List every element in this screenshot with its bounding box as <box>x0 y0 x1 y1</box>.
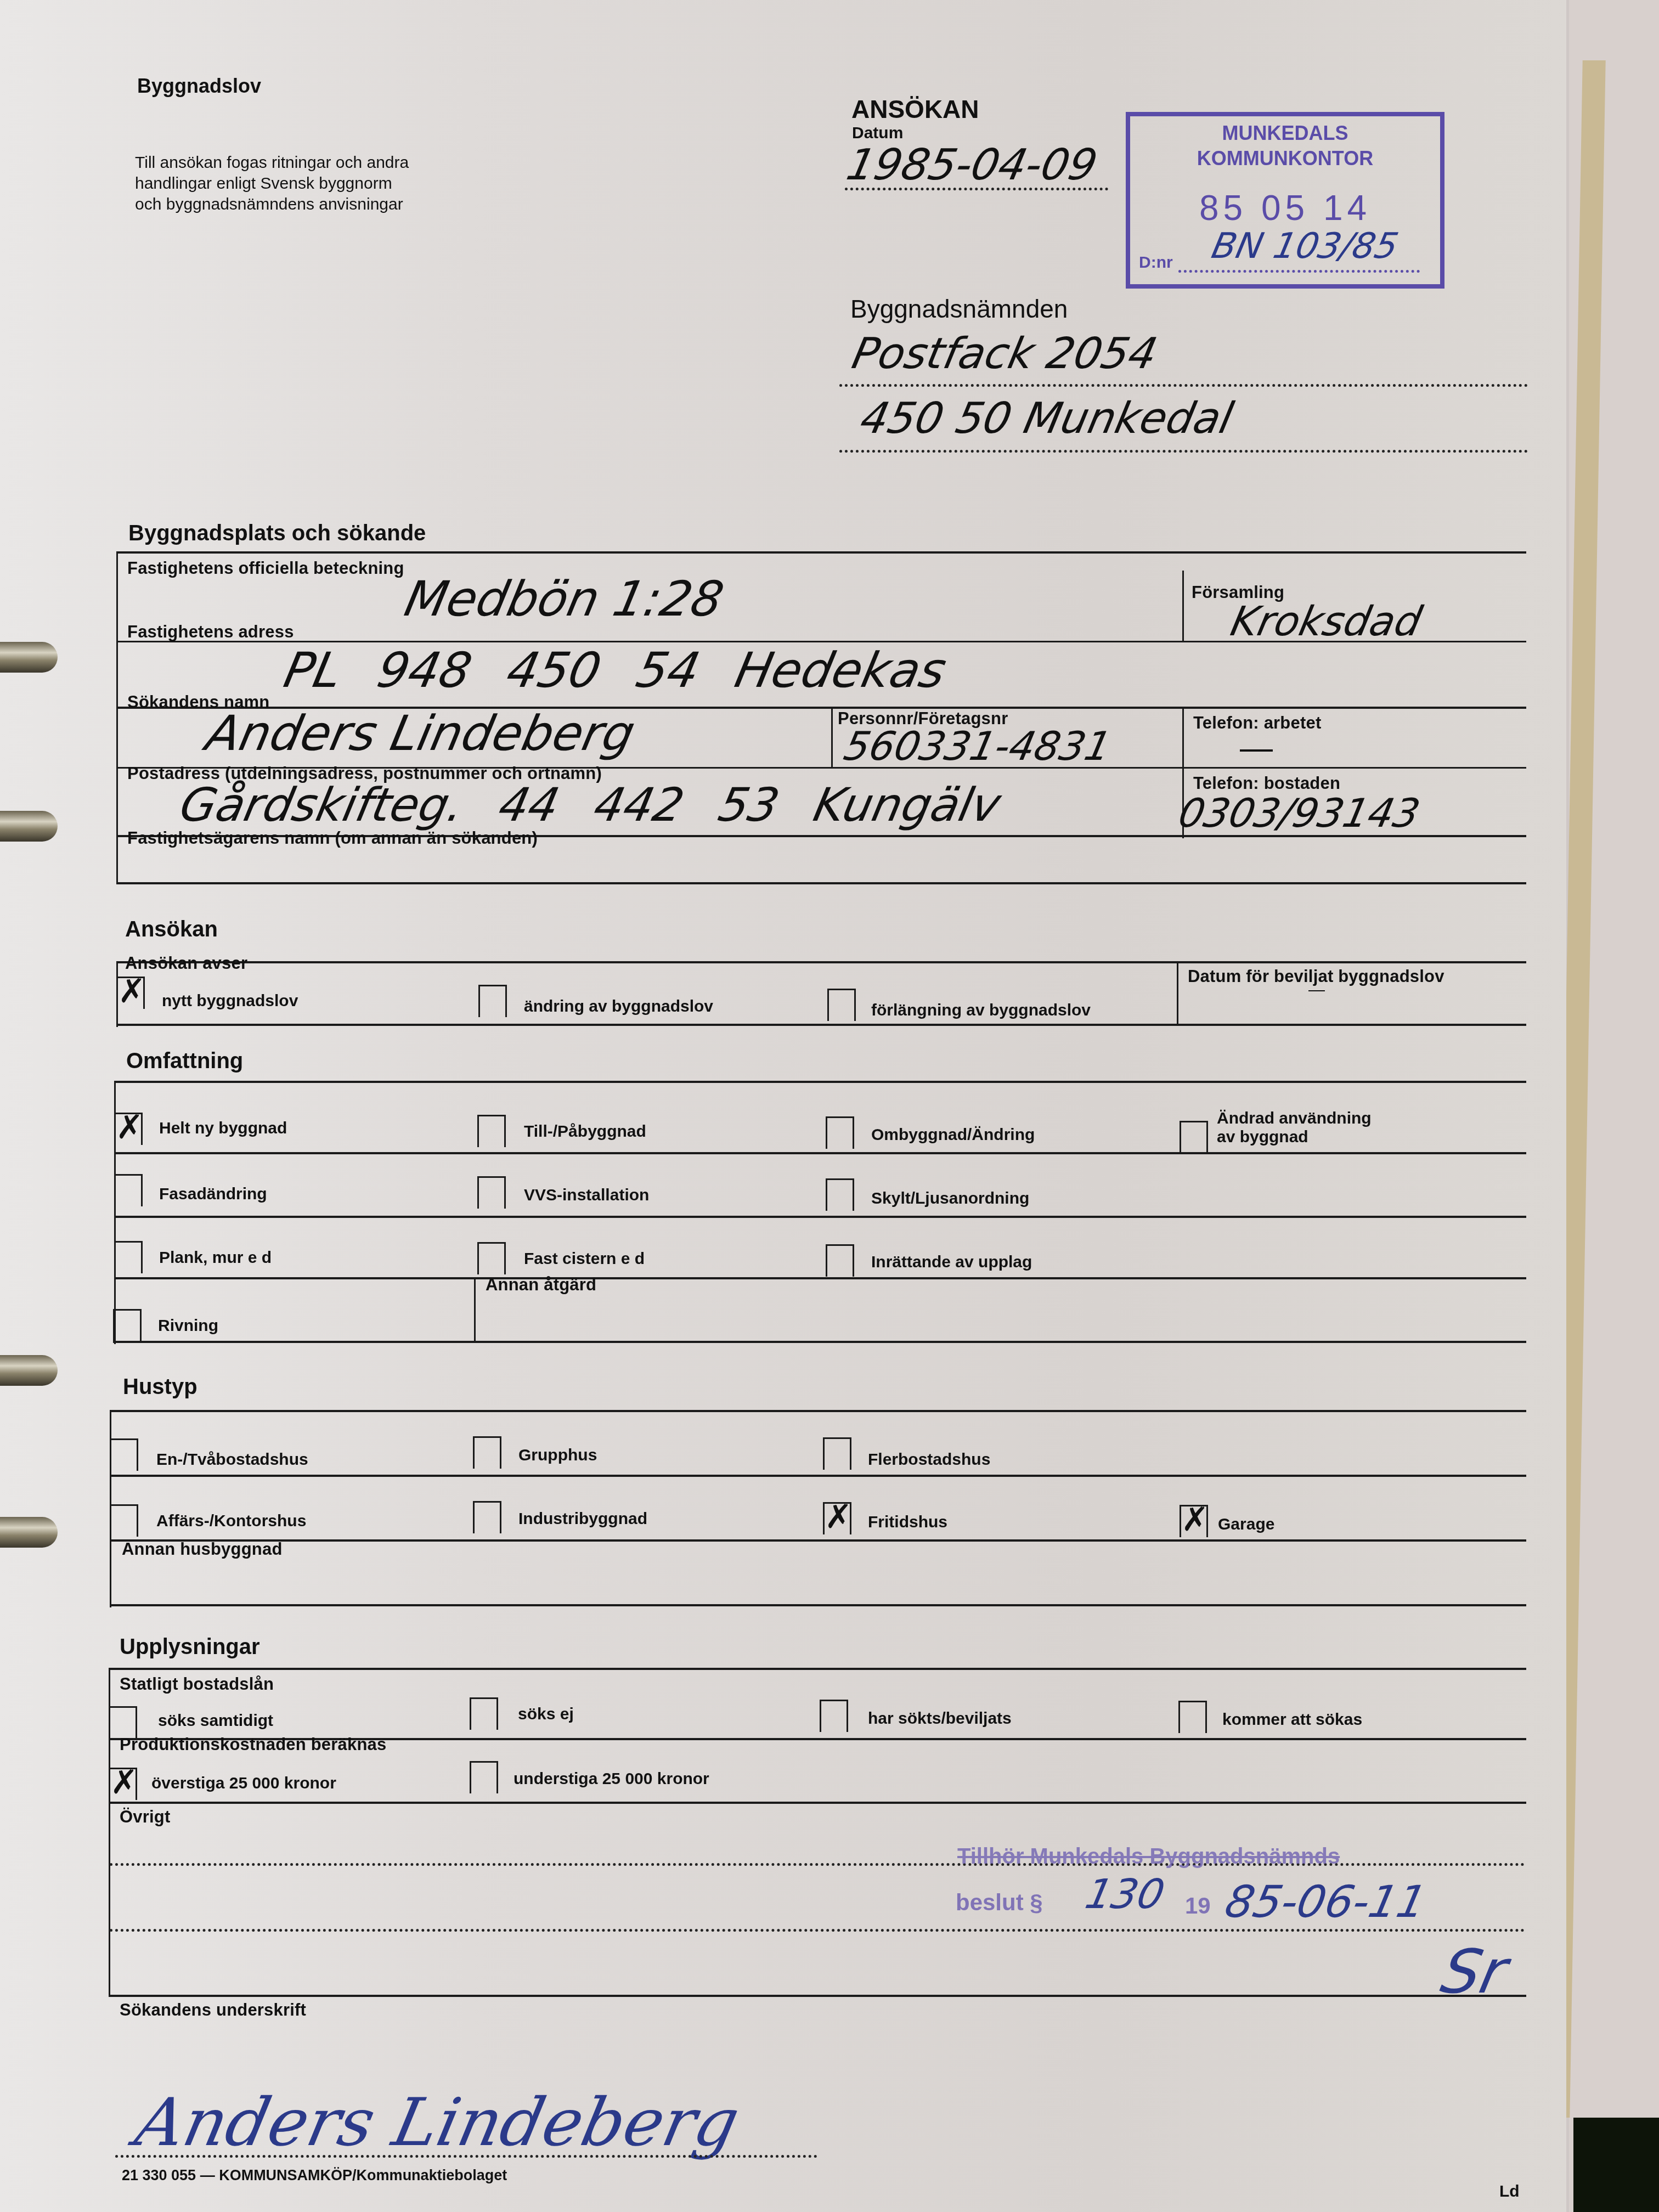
option-new-building: Helt ny byggnad <box>159 1119 287 1138</box>
binder-ring <box>0 1355 58 1386</box>
parish-field[interactable]: Kroksdad <box>1227 598 1426 645</box>
option-extension: Till-/Påbyggnad <box>524 1122 646 1141</box>
option-loan-simultaneous: söks samtidigt <box>158 1712 273 1730</box>
option-loan-will-apply: kommer att sökas <box>1222 1711 1362 1729</box>
option-loan-not-sought: söks ej <box>518 1705 574 1724</box>
checkbox-fence[interactable] <box>114 1241 143 1273</box>
checkbox-sign[interactable] <box>826 1178 854 1211</box>
application-subject-label: Ansökan avser <box>125 953 247 973</box>
checkbox-multi-family[interactable] <box>823 1437 851 1470</box>
rule <box>116 961 1526 963</box>
checkbox-one-two-family[interactable] <box>110 1438 138 1471</box>
section-title-application: Ansökan <box>125 917 218 942</box>
signature-dotted-line <box>115 2155 817 2158</box>
other-info-line[interactable] <box>110 1929 1525 1932</box>
recipient-label: Byggnadsnämnden <box>850 294 1068 324</box>
option-garage: Garage <box>1218 1515 1274 1534</box>
checkbox-loan-applied[interactable] <box>820 1700 848 1732</box>
stamp-dotted-line <box>1178 270 1420 273</box>
production-cost-label: Produktionskostnaden beräknas <box>120 1735 386 1754</box>
rule <box>114 1216 1526 1218</box>
other-info-label: Övrigt <box>120 1807 171 1827</box>
print-code: 21 330 055 — KOMMUNSAMKÖP/Kommunaktiebol… <box>122 2167 507 2184</box>
checkbox-commercial[interactable] <box>110 1504 138 1537</box>
address-dotted-line <box>839 384 1528 387</box>
option-facade: Fasadändring <box>159 1185 267 1204</box>
rule <box>109 1668 1526 1670</box>
checkbox-facade[interactable] <box>114 1174 143 1206</box>
checkbox-rebuild[interactable] <box>826 1116 854 1149</box>
instruction-line: handlingar enligt Svensk byggnorm <box>135 173 409 194</box>
option-demolition: Rivning <box>158 1317 218 1335</box>
checkbox-cistern[interactable] <box>477 1242 506 1274</box>
instruction-line: Till ansökan fogas ritningar och andra <box>135 153 409 173</box>
property-address-label: Fastighetens adress <box>127 622 294 642</box>
decision-date: 85-06-11 <box>1221 1876 1431 1927</box>
checkbox-demolition[interactable] <box>113 1309 142 1341</box>
postal-address-field[interactable]: Gårdskifteg. 44 442 53 Kungälv <box>176 778 1006 832</box>
option-one-two-family: En-/Tvåbostadshus <box>156 1451 308 1469</box>
date-dotted-line <box>845 188 1108 190</box>
rule <box>114 1152 1526 1154</box>
checkbox-group-house[interactable] <box>473 1436 501 1469</box>
checkbox-garage[interactable]: ✗ <box>1180 1505 1208 1537</box>
form-instructions: Till ansökan fogas ritningar och andra h… <box>135 153 409 215</box>
rule <box>831 707 833 767</box>
form-title: Byggnadslov <box>137 75 261 98</box>
granted-date-field[interactable]: — <box>1308 981 1325 1000</box>
rule <box>1177 961 1178 1026</box>
checkbox-hvac[interactable] <box>477 1176 506 1209</box>
instruction-line: och byggnadsnämndens anvisningar <box>135 194 409 215</box>
checkbox-holiday-home[interactable]: ✗ <box>823 1502 851 1534</box>
option-changed-use-line2: av byggnad <box>1217 1128 1372 1147</box>
signature-label: Sökandens underskrift <box>120 2000 306 2020</box>
check-mark-icon: ✗ <box>116 1111 143 1144</box>
option-cost-over: överstiga 25 000 kronor <box>151 1774 336 1793</box>
checkbox-storage[interactable] <box>826 1244 854 1277</box>
section-title-information: Upplysningar <box>120 1635 260 1660</box>
checkbox-loan-not-sought[interactable] <box>470 1697 498 1730</box>
option-new-permit: nytt byggnadslov <box>162 992 298 1011</box>
option-industrial: Industribyggnad <box>518 1510 647 1528</box>
binder-ring <box>0 811 58 842</box>
rule <box>116 882 1526 884</box>
phone-work-field[interactable]: — <box>1240 729 1273 766</box>
checkbox-industrial[interactable] <box>473 1501 501 1533</box>
property-designation-label: Fastighetens officiella beteckning <box>127 558 404 578</box>
checkbox-cost-under[interactable] <box>470 1761 498 1793</box>
checkbox-changed-use[interactable] <box>1180 1121 1208 1153</box>
rule <box>110 1410 1526 1412</box>
property-address-field[interactable]: PL 948 450 54 Hedekas <box>279 642 951 698</box>
section-title-scope: Omfattning <box>126 1049 243 1074</box>
stamp-line2: KOMMUNKONTOR <box>1130 147 1440 170</box>
rule <box>110 1539 1526 1542</box>
option-fence: Plank, mur e d <box>159 1249 272 1267</box>
rule <box>109 1802 1526 1804</box>
section-title-house-type: Hustyp <box>123 1375 198 1400</box>
rule <box>474 1277 476 1342</box>
checkbox-cost-over[interactable]: ✗ <box>109 1768 137 1800</box>
rule <box>116 551 1526 554</box>
recipient-address-line2[interactable]: 450 50 Munkedal <box>856 394 1237 443</box>
checkbox-new-building[interactable]: ✗ <box>114 1113 143 1145</box>
checkbox-loan-will-apply[interactable] <box>1178 1701 1207 1733</box>
checkbox-extension[interactable] <box>477 1115 506 1147</box>
phone-home-field[interactable]: 0303/93143 <box>1175 790 1424 836</box>
application-heading: ANSÖKAN <box>851 94 979 124</box>
checkbox-extend-permit[interactable] <box>827 989 856 1021</box>
option-rebuild: Ombyggnad/Ändring <box>871 1126 1035 1144</box>
option-multi-family: Flerbostadshus <box>868 1451 990 1469</box>
received-stamp: MUNKEDALS KOMMUNKONTOR 85 05 14 D:nr BN … <box>1126 112 1444 289</box>
option-change-permit: ändring av byggnadslov <box>524 997 713 1016</box>
check-mark-icon: ✗ <box>825 1500 852 1533</box>
option-loan-applied: har sökts/beviljats <box>868 1709 1012 1728</box>
decision-stamp-line1: Tillhör Munkedals Byggnadsnämnds <box>957 1844 1340 1869</box>
corner-mark: Ld <box>1499 2182 1520 2201</box>
stamp-dnr-label: D:nr <box>1139 253 1173 272</box>
option-storage: Inrättande av upplag <box>871 1253 1032 1272</box>
option-cistern: Fast cistern e d <box>524 1250 645 1268</box>
other-building-label: Annan husbyggnad <box>122 1539 283 1559</box>
option-sign: Skylt/Ljusanordning <box>871 1189 1029 1208</box>
checkbox-change-permit[interactable] <box>478 985 507 1017</box>
decision-stamp-label: beslut § <box>956 1889 1043 1916</box>
binder-ring <box>0 642 58 673</box>
decision-year-prefix: 19 <box>1185 1893 1211 1919</box>
binder-ring <box>0 1517 58 1548</box>
option-hvac: VVS-installation <box>524 1186 649 1205</box>
rule <box>114 1277 1526 1279</box>
recipient-address-line1[interactable]: Postfack 2054 <box>848 329 1161 379</box>
dark-background-corner <box>1573 2118 1659 2212</box>
checkbox-new-permit[interactable]: ✗ <box>116 977 145 1009</box>
option-cost-under: understiga 25 000 kronor <box>513 1770 709 1788</box>
option-holiday-home: Fritidshus <box>868 1513 947 1532</box>
rule <box>114 1081 1526 1083</box>
check-mark-icon: ✗ <box>118 975 145 1008</box>
stamp-date: 85 05 14 <box>1130 188 1440 228</box>
date-field[interactable]: 1985-04-09 <box>842 140 1101 190</box>
applicant-name-field[interactable]: Anders Lindeberg <box>201 705 640 761</box>
stamp-dnr-value: BN 103/85 <box>1208 226 1402 267</box>
signature-field[interactable]: Anders Lindeberg <box>129 2085 746 2161</box>
state-loan-label: Statligt bostadslån <box>120 1674 274 1694</box>
rule <box>113 1341 1526 1343</box>
option-group-house: Grupphus <box>518 1446 597 1465</box>
date-label: Datum <box>852 124 903 143</box>
form-page: Byggnadslov Till ansökan fogas ritningar… <box>0 0 1566 2212</box>
other-action-label: Annan åtgärd <box>486 1275 596 1295</box>
rule <box>116 551 118 883</box>
property-designation-field[interactable]: Medbön 1:28 <box>400 571 729 627</box>
option-changed-use-line1: Ändrad användning <box>1217 1109 1372 1128</box>
decision-paragraph: 130 <box>1081 1871 1169 1918</box>
rule <box>116 1024 1526 1026</box>
rule <box>110 1475 1526 1477</box>
rule <box>110 1604 1526 1606</box>
section-title-site: Byggnadsplats och sökande <box>128 521 426 546</box>
checkbox-loan-simultaneous[interactable] <box>109 1706 137 1739</box>
check-mark-icon: ✗ <box>110 1766 138 1799</box>
address-dotted-line <box>839 450 1528 453</box>
option-changed-use: Ändrad användning av byggnad <box>1217 1109 1372 1147</box>
rule <box>109 1995 1526 1997</box>
owner-name-field[interactable] <box>127 854 1499 876</box>
personal-id-field[interactable]: 560331-4831 <box>840 723 1115 769</box>
rule <box>1182 571 1184 642</box>
check-mark-icon: ✗ <box>1181 1503 1209 1536</box>
owner-name-label: Fastighetsägarens namn (om annan än söka… <box>127 828 538 848</box>
option-commercial: Affärs-/Kontorshus <box>156 1512 306 1531</box>
stamp-line1: MUNKEDALS <box>1130 122 1440 145</box>
option-extend-permit: förlängning av byggnadslov <box>871 1001 1091 1020</box>
